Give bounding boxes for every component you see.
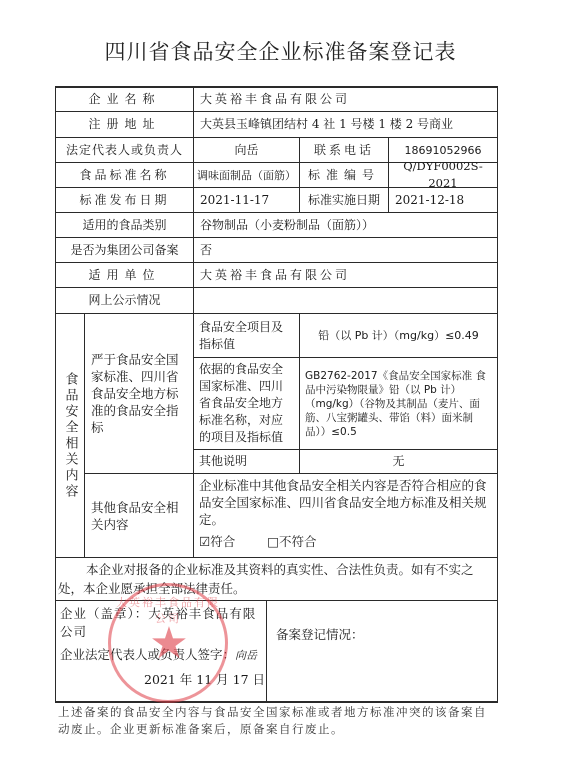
- signature-date: 2021 年 11 月 17 日: [140, 670, 265, 688]
- impl-date-label: 标准实施日期: [300, 188, 388, 212]
- row-divider: [55, 600, 498, 601]
- online-publicity-value: [194, 288, 497, 313]
- applicable-unit-value: 大英裕丰食品有限公司: [194, 263, 497, 287]
- table-border-right: [497, 86, 498, 702]
- safety-section-label: 食品安全相关内容: [56, 314, 84, 557]
- food-category-value: 谷物制品（小麦粉制品（面筋））: [194, 213, 497, 237]
- safety-item-value: 铅（以 Pb 计）（mg/kg）≤0.49: [300, 314, 497, 357]
- signature-rep-label: 企业法定代表人或负责人签字：: [60, 647, 235, 662]
- declaration-text: 本企业对报备的企业标准及其资料的真实性、合法性负责。如有不实之处，本企业愿承担全…: [58, 560, 494, 598]
- compliant-checkbox[interactable]: ☑符合: [199, 534, 235, 549]
- basis-standard-value: GB2762-2017《食品安全国家标准 食品中污染物限量》铅（以 Pb 计）（…: [300, 358, 497, 449]
- other-content-box: 企业标准中其他食品安全相关内容是否符合相应的食品安全国家标准、四川省食品安全地方…: [194, 474, 497, 557]
- applicable-unit-label: 适用单位: [56, 263, 193, 287]
- standard-number-label: 标准编号: [300, 163, 388, 187]
- standard-number-value: Q/DYF0002S-2021: [389, 163, 497, 187]
- publish-date-value: 2021-11-17: [194, 188, 299, 212]
- online-publicity-label: 网上公示情况: [56, 288, 193, 313]
- noncompliant-checkbox[interactable]: □不符合: [267, 534, 316, 549]
- publish-date-label: 标准发布日期: [56, 188, 193, 212]
- safety-item-label: 食品安全项目及指标值: [194, 314, 299, 357]
- table-border-bottom: [55, 701, 498, 703]
- reg-address-value: 大英县玉峰镇团结村 4 社 1 号楼 1 楼 2 号商业: [194, 112, 497, 137]
- legal-rep-value: 向岳: [194, 138, 299, 162]
- other-content-text: 企业标准中其他食品安全相关内容是否符合相应的食品安全国家标准、四川省食品安全地方…: [199, 477, 492, 528]
- other-note-value: 无: [300, 450, 497, 473]
- impl-date-value: 2021-12-18: [389, 188, 497, 212]
- other-content-label: 其他食品安全相关内容: [85, 474, 193, 557]
- company-name-value: 大英裕丰食品有限公司: [194, 88, 497, 111]
- reg-address-label: 注册地址: [56, 112, 193, 137]
- food-category-label: 适用的食品类别: [56, 213, 193, 237]
- standard-name-value: 调味面制品（面筋）: [194, 163, 299, 187]
- handwritten-signature: 向岳: [235, 649, 257, 662]
- signature-rep-line: 企业法定代表人或负责人签字：向岳: [60, 645, 270, 663]
- footnote: 上述备案的食品安全内容与食品安全国家标准或者地方标准冲突的该备案自动废止。企业更…: [58, 704, 498, 738]
- standard-name-label: 食品标准名称: [56, 163, 193, 187]
- safety-section-text: 食品安全相关内容: [62, 372, 79, 500]
- company-name-label: 企业名称: [56, 88, 193, 111]
- basis-standard-label: 依据的食品安全国家标准、四川省食品安全地方标准名称，对应的项目及指标值: [194, 358, 299, 449]
- group-filing-value: 否: [194, 238, 497, 262]
- strict-indicators-label: 严于食品安全国家标准、四川省食品安全地方标准的食品安全指标: [85, 314, 193, 473]
- row-divider: [55, 557, 498, 558]
- registration-label: 备案登记情况：: [276, 625, 364, 643]
- group-filing-label: 是否为集团公司备案: [56, 238, 193, 262]
- page-title: 四川省食品安全企业标准备案登记表: [0, 36, 561, 66]
- phone-label: 联系电话: [300, 138, 388, 162]
- other-note-label: 其他说明: [194, 450, 299, 473]
- legal-rep-label: 法定代表人或负责人: [56, 138, 193, 162]
- signature-company-line: 企业（盖章）：大英裕丰食品有限公司: [60, 605, 260, 641]
